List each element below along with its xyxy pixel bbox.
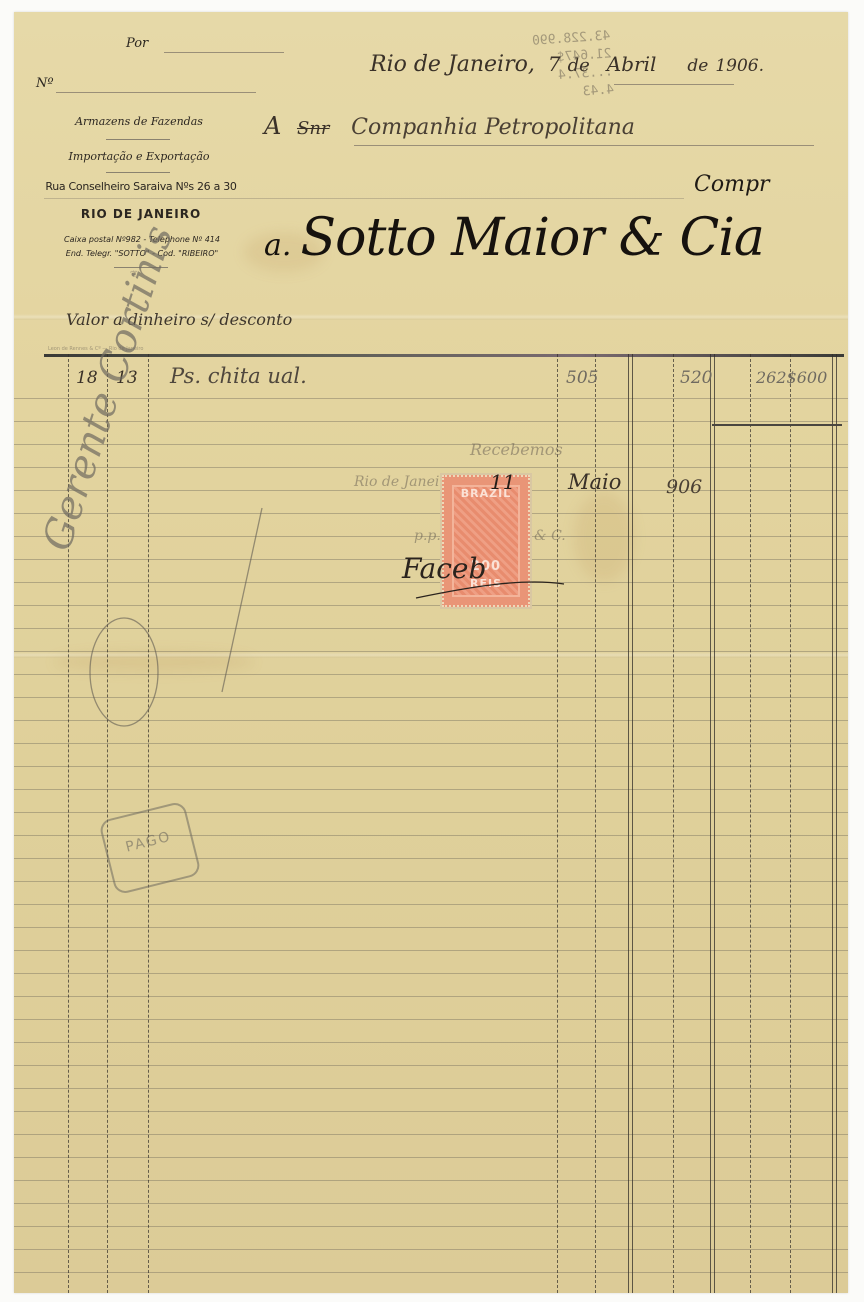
signature-flourish	[414, 572, 574, 602]
item-unit-price: 520	[680, 368, 712, 388]
letterhead-address: Rua Conselheiro Saraiva Nºs 26 a 30	[34, 180, 248, 193]
receipt-year: 906	[666, 476, 702, 498]
ornament-rule	[106, 139, 170, 140]
item-description: Ps. chita ual.	[170, 364, 307, 388]
payment-terms: Valor a dinheiro s/ desconto	[66, 310, 292, 329]
merchant-name: Sotto Maior & Cia	[301, 208, 764, 268]
addressee-rule	[354, 145, 814, 146]
receipt-month: Maio	[568, 470, 621, 494]
numero-rule	[56, 92, 256, 93]
compr-label: Compr	[694, 172, 770, 197]
total-underline	[712, 424, 842, 426]
date-de2: de	[687, 56, 708, 76]
pencil-stroke	[214, 502, 274, 702]
addressee-prefix: A	[264, 112, 281, 140]
pencil-signature-loop	[74, 612, 174, 732]
letterhead-line2: Importação e Exportação	[34, 150, 244, 163]
merchant-prefix: a.	[264, 228, 291, 263]
table-row: 18 13 Ps. chita ual. 505 520 262$600	[14, 368, 848, 398]
item-total: 262$600	[756, 368, 827, 387]
letterhead-line1: Armazens de Fazendas	[34, 115, 244, 128]
numero-label: Nº	[36, 76, 54, 91]
paid-stamp-text: PAGO	[106, 824, 191, 860]
date-year-suffix: 6.	[748, 56, 764, 76]
item-quantity: 505	[566, 368, 598, 388]
addressee-line: A Snr Companhia Petropolitana	[264, 112, 635, 140]
date-place: Rio de Janeiro,	[370, 52, 535, 77]
receipt-place: Rio de Janeiro	[354, 474, 454, 490]
por-label: Por	[126, 36, 148, 51]
date-day: 7	[548, 52, 561, 76]
letterhead-city: RIO DE JANEIRO	[34, 207, 248, 221]
table-top-rule	[44, 354, 844, 357]
merchant-line: a. Sotto Maior & Cia	[264, 208, 764, 268]
ornament-rule	[106, 172, 170, 173]
receipt-heading: Recebemos	[470, 440, 563, 459]
header-rule	[44, 198, 684, 199]
receipt-day: 11	[490, 470, 515, 494]
date-month: Abril	[607, 52, 657, 76]
date-line: Rio de Janeiro, 7 de Abril de 1906.	[370, 52, 764, 77]
invoice-paper: Por Nº Armazens de Fazendas Importação e…	[14, 12, 848, 1293]
date-de1: de	[568, 55, 590, 76]
addressee-title: Snr	[297, 118, 330, 139]
date-year-prefix: 190	[715, 56, 747, 76]
date-rule	[614, 84, 734, 85]
addressee-name: Companhia Petropolitana	[351, 115, 635, 140]
por-rule	[164, 52, 284, 53]
